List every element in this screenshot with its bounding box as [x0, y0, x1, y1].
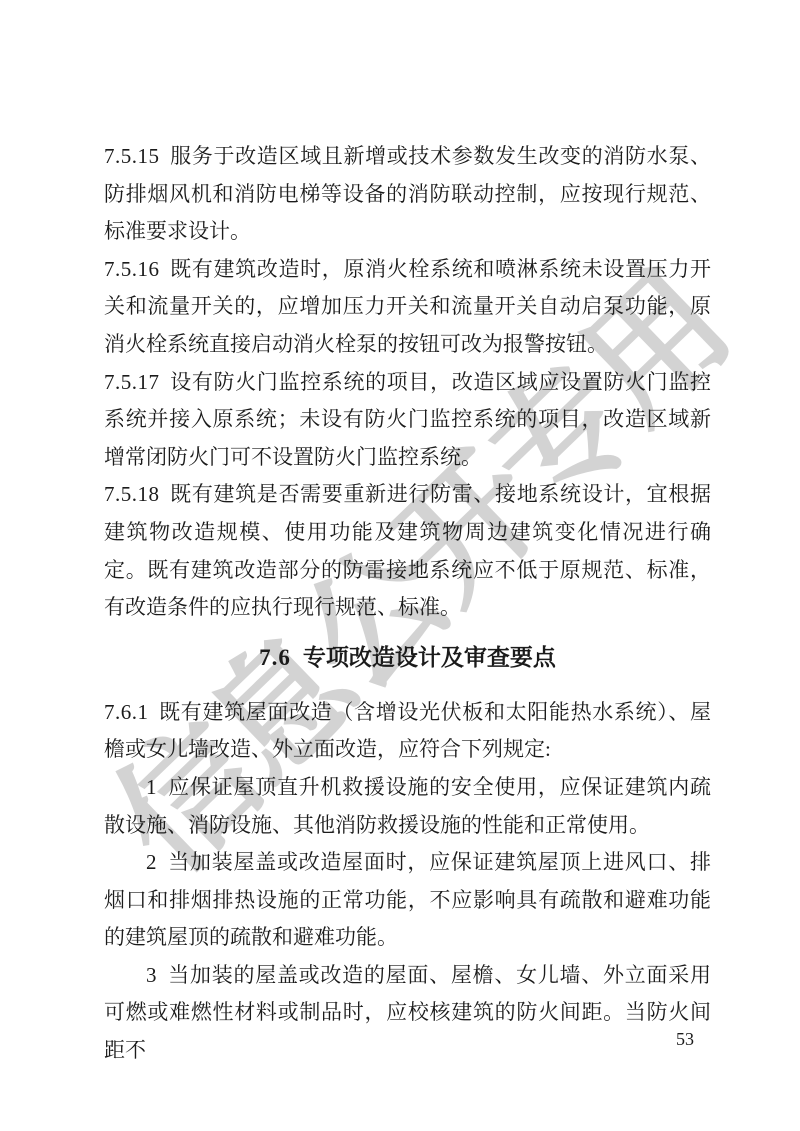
item-text: 应保证屋顶直升机救援设施的安全使用，应保证建筑内疏散设施、消防设施、其他消防救援… [104, 775, 711, 837]
section-heading-number: 7.6 [259, 645, 291, 670]
clause-number: 7.5.16 [104, 257, 160, 281]
clause-text: 既有建筑改造时，原消火栓系统和喷淋系统未设置压力开关和流量开关的，应增加压力开关… [104, 257, 711, 356]
section-heading: 7.6专项改造设计及审查要点 [104, 642, 711, 673]
clause-text: 既有建筑屋面改造（含增设光伏板和太阳能热水系统）、屋檐或女儿墙改造、外立面改造，… [104, 700, 711, 762]
list-item-3: 3当加装的屋盖或改造的屋面、屋檐、女儿墙、外立面采用可燃或难燃性材料或制品时，应… [104, 957, 711, 1070]
clause-number: 7.6.1 [104, 700, 149, 724]
clause-text: 设有防火门监控系统的项目，改造区域应设置防火门监控系统并接入原系统；未设有防火门… [104, 370, 711, 469]
item-number: 2 [146, 850, 157, 874]
section-heading-title: 专项改造设计及审查要点 [303, 645, 556, 670]
clause-7-5-18: 7.5.18既有建筑是否需要重新进行防雷、接地系统设计，宜根据建筑物改造规模、使… [104, 476, 711, 626]
clause-7-5-17: 7.5.17设有防火门监控系统的项目，改造区域应设置防火门监控系统并接入原系统；… [104, 364, 711, 477]
clause-7-5-15: 7.5.15服务于改造区域且新增或技术参数发生改变的消防水泵、防排烟风机和消防电… [104, 138, 711, 251]
list-item-1: 1应保证屋顶直升机救援设施的安全使用，应保证建筑内疏散设施、消防设施、其他消防救… [104, 769, 711, 844]
item-text: 当加装屋盖或改造屋面时，应保证建筑屋顶上进风口、排烟口和排烟排热设施的正常功能，… [104, 850, 711, 949]
page-content: 7.5.15服务于改造区域且新增或技术参数发生改变的消防水泵、防排烟风机和消防电… [104, 138, 711, 1070]
page-number: 53 [676, 1028, 694, 1050]
list-item-2: 2当加装屋盖或改造屋面时，应保证建筑屋顶上进风口、排烟口和排烟排热设施的正常功能… [104, 844, 711, 957]
clause-text: 服务于改造区域且新增或技术参数发生改变的消防水泵、防排烟风机和消防电梯等设备的消… [104, 144, 711, 243]
clause-7-5-16: 7.5.16既有建筑改造时，原消火栓系统和喷淋系统未设置压力开关和流量开关的，应… [104, 251, 711, 364]
item-number: 1 [146, 775, 157, 799]
item-text: 当加装的屋盖或改造的屋面、屋檐、女儿墙、外立面采用可燃或难燃性材料或制品时，应校… [104, 963, 711, 1062]
item-number: 3 [146, 963, 157, 987]
clause-7-6-1: 7.6.1既有建筑屋面改造（含增设光伏板和太阳能热水系统）、屋檐或女儿墙改造、外… [104, 694, 711, 769]
clause-text: 既有建筑是否需要重新进行防雷、接地系统设计，宜根据建筑物改造规模、使用功能及建筑… [104, 482, 711, 619]
clause-number: 7.5.18 [104, 482, 160, 506]
clause-number: 7.5.17 [104, 370, 160, 394]
clause-number: 7.5.15 [104, 144, 160, 168]
document-page: 信息公开专用 7.5.15服务于改造区域且新增或技术参数发生改变的消防水泵、防排… [0, 0, 800, 1131]
